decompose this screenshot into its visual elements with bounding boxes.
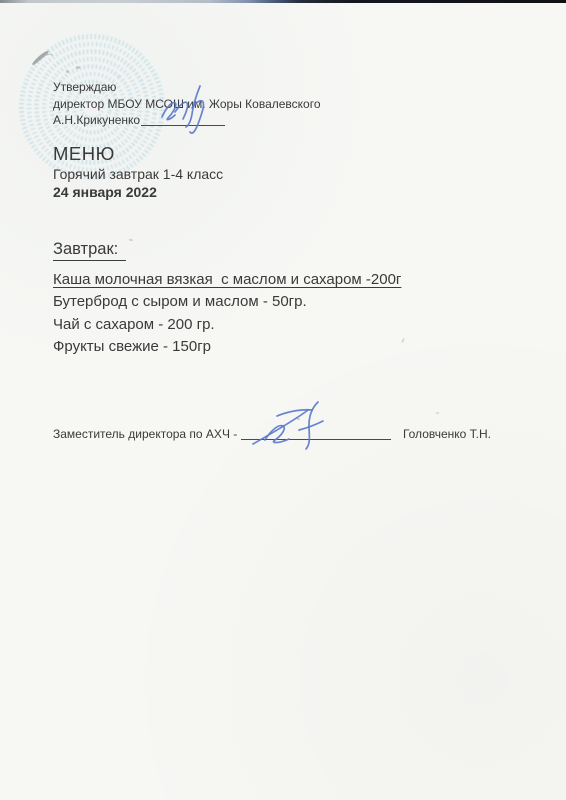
section-heading: Завтрак: — [53, 240, 126, 261]
menu-item: Каша молочная вязкая с маслом и сахаром … — [53, 269, 401, 291]
scanner-edge-artifact — [0, 0, 566, 3]
scan-speck — [436, 412, 439, 414]
menu-item: Фрукты свежие - 150гр — [53, 336, 401, 358]
director-signature — [158, 84, 216, 136]
menu-items: Каша молочная вязкая с маслом и сахаром … — [53, 269, 401, 358]
scanned-menu-page: Утверждаю директор МБОУ МСОШ им. Жоры Ко… — [0, 0, 566, 800]
scan-smudge — [30, 49, 56, 69]
footer-name: Головченко Т.Н. — [403, 427, 491, 441]
scan-speck — [401, 338, 405, 343]
footer-label: Заместитель директора по АХЧ - — [53, 427, 237, 441]
scan-speck — [76, 66, 80, 69]
menu-item: Чай с сахаром - 200 гр. — [53, 314, 401, 336]
scan-speck — [66, 70, 69, 73]
menu-date: 24 января 2022 — [53, 183, 223, 201]
menu-item: Бутерброд с сыром и маслом - 50гр. — [53, 291, 401, 313]
deputy-signature — [251, 400, 331, 452]
menu-header: МЕНЮ Горячий завтрак 1-4 класс 24 января… — [53, 143, 223, 201]
menu-title: МЕНЮ — [53, 143, 223, 165]
scan-speck — [129, 238, 133, 241]
menu-subtitle: Горячий завтрак 1-4 класс — [53, 165, 223, 183]
approver-name: А.Н.Крикуненко — [53, 113, 140, 127]
